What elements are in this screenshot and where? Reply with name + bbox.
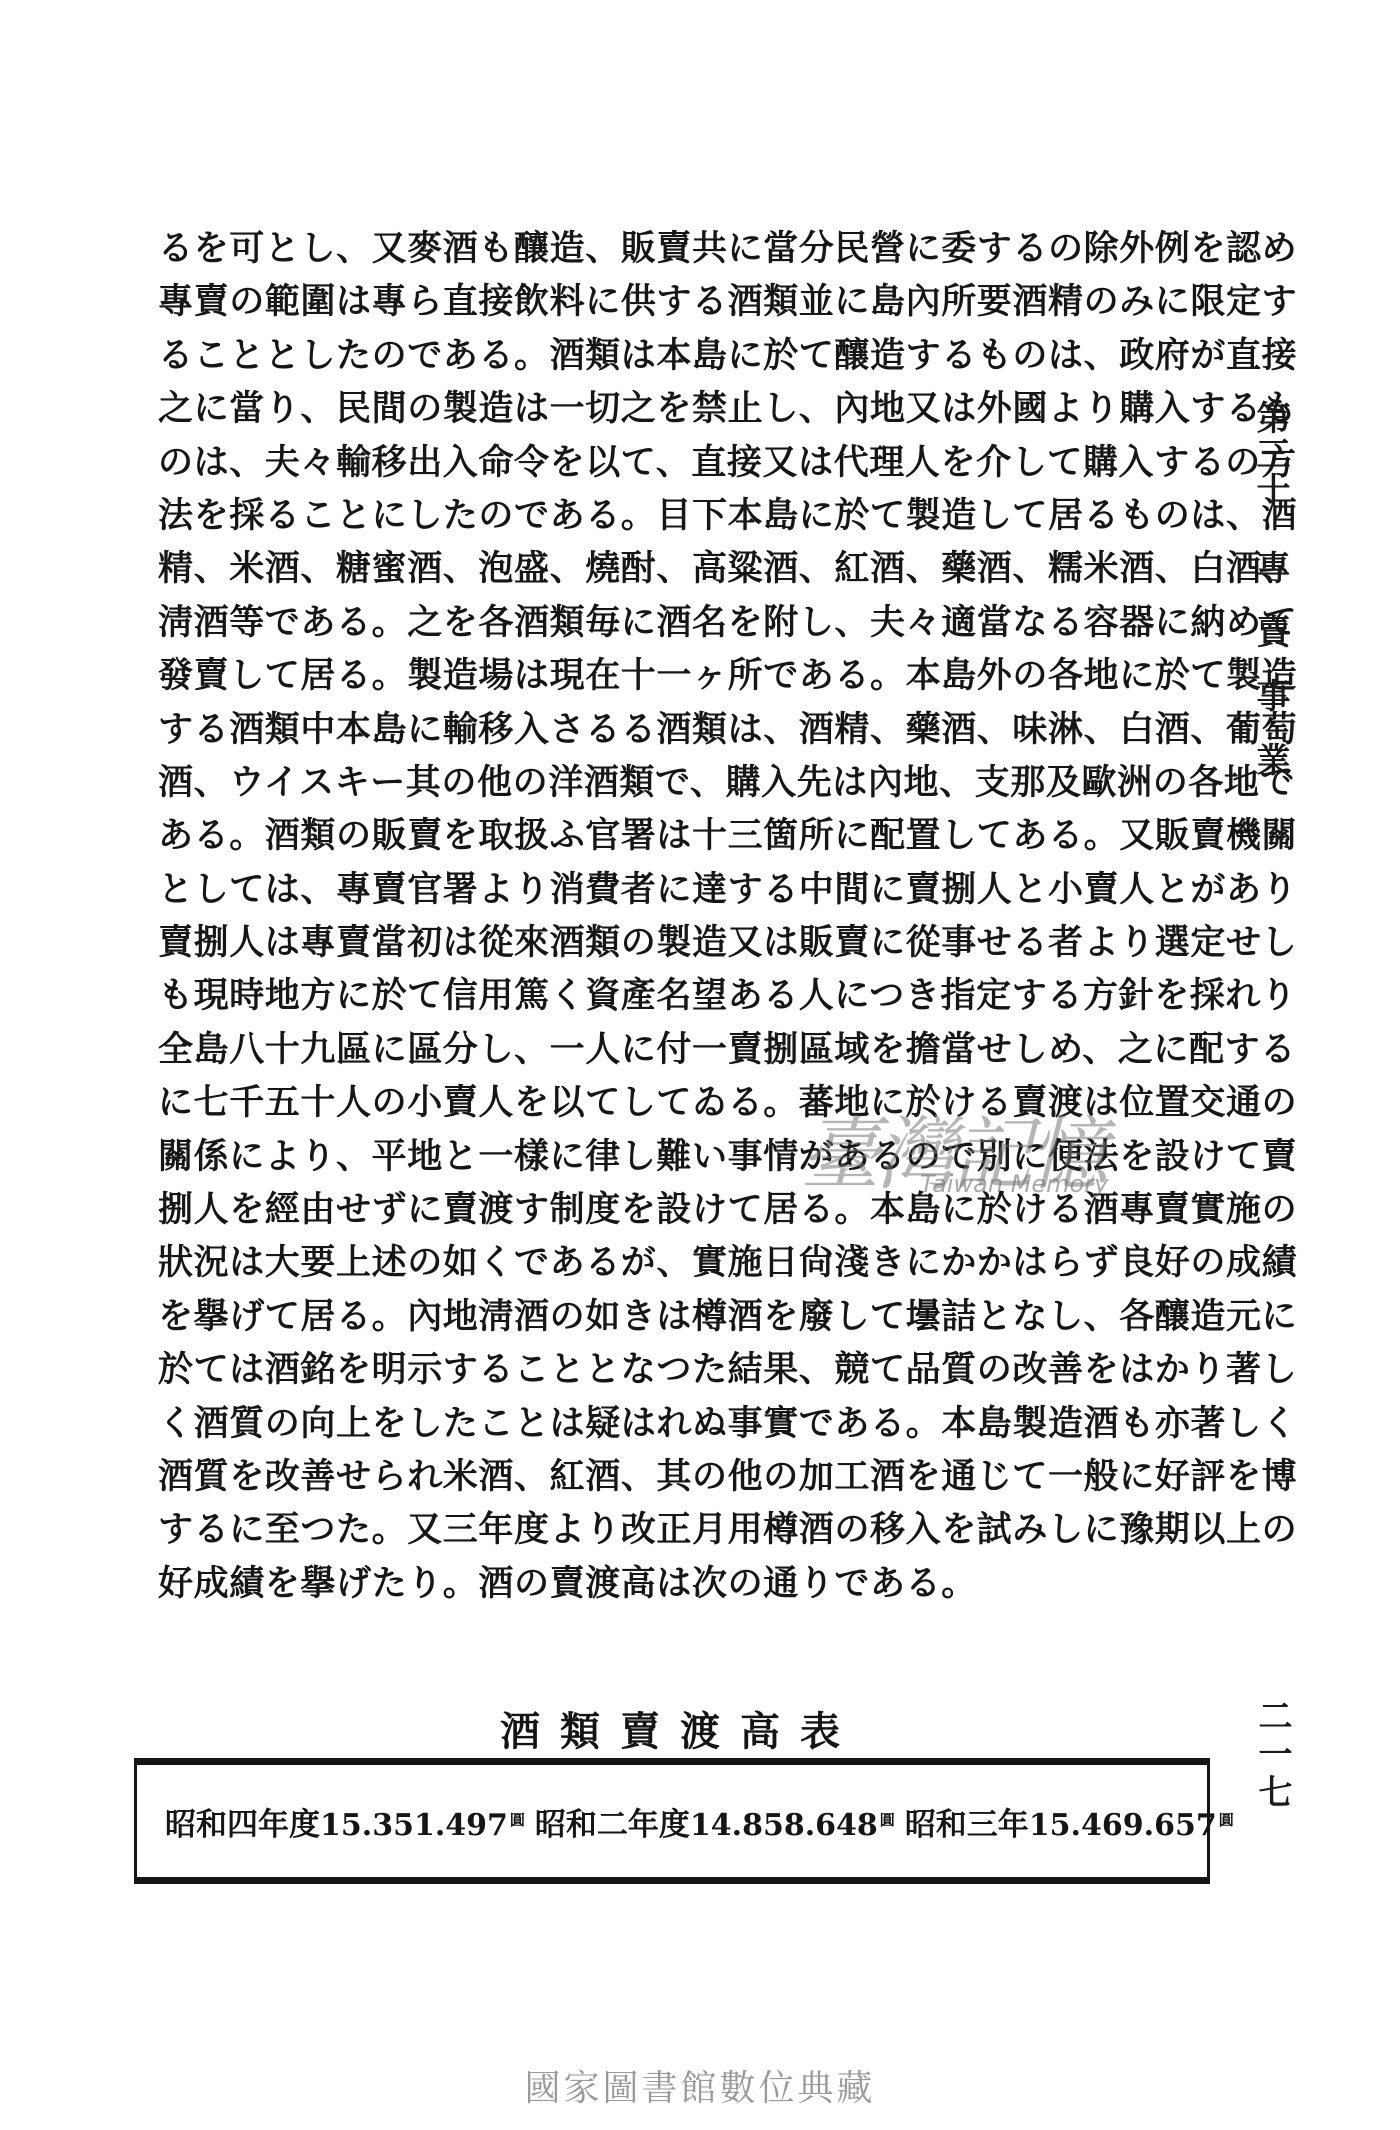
sales-amount: 15.351.497 [320,1808,508,1843]
currency-unit: 圓 [510,1809,525,1830]
text-line: のは、夫々輸移出入命令を以て、直接又は代理人を介して購入するの方 [158,436,1208,489]
table-title: 酒類賣渡高表 [0,1700,1360,1757]
text-line: 於ては酒銘を明示することとなつた結果、競て品質の改善をはかり著し [158,1343,1208,1396]
text-line: 全島八十九區に區分し、一人に付一賣捌區域を擔當せしめ、之に配する [158,1023,1208,1076]
fiscal-year: 昭和二年度 [535,1799,690,1844]
text-line: も現時地方に於て信用篤く資產名望ある人につき指定する方針を採れり [158,969,1208,1022]
text-line: 發賣して居る。製造場は現在十一ヶ所である。本島外の各地に於て製造 [158,649,1208,702]
running-head-chapter: 第三十 [1248,400,1292,520]
text-line: ある。酒類の販賣を取扱ふ官署は十三箇所に配置してある。又販賣機關 [158,809,1208,862]
fiscal-year: 昭和三年 [905,1799,1029,1844]
text-line: 酒、ウイスキー其の他の洋酒類で、購入先は內地、支那及歐洲の各地で [158,756,1208,809]
running-head: 第三十 專賣事業 [1248,400,1292,806]
currency-unit: 圓 [1219,1809,1234,1830]
text-line: としては、專賣官署より消費者に達する中間に賣捌人と小賣人とがあり [158,863,1208,916]
text-line: 酒質を改善せられ米酒、紅酒、其の他の加工酒を通じて一般に好評を博 [158,1450,1208,1503]
fiscal-year: 昭和四年度 [165,1799,320,1844]
text-line: するに至つた。又三年度より改正月用樽酒の移入を試みしに豫期以上の [158,1503,1208,1556]
book-page: るを可とし、又麥酒も釀造、販賣共に當分民營に委するの除外例を認め 專賣の範圍は專… [0,0,1400,2130]
text-line: 捌人を經由せずに賣渡す制度を設けて居る。本島に於ける酒專賣實施の [158,1183,1208,1236]
text-line: 關係により、平地と一樣に律し難い事情があるので別に便法を設けて賣 [158,1130,1208,1183]
sales-amount: 15.469.657 [1029,1808,1217,1843]
text-line: を擧げて居る。內地淸酒の如きは樽酒を廢して壜詰となし、各釀造元に [158,1290,1208,1343]
footer-credit: 國家圖書館數位典藏 [0,2060,1400,2111]
running-head-section: 專賣事業 [1248,550,1292,806]
text-line: 法を採ることにしたのである。目下本島に於て製造して居るものは、酒 [158,489,1208,542]
sales-cell-showa-2: 昭和二年度 14.858.648 圓 [535,1799,895,1844]
sales-row: 昭和四年度 15.351.497 圓 昭和二年度 14.858.648 圓 昭和… [165,1799,1244,1844]
sales-cell-showa-3: 昭和三年 15.469.657 圓 [905,1799,1234,1844]
sales-amount: 14.858.648 [690,1808,878,1843]
text-line: 淸酒等である。之を各酒類毎に酒名を附し、夫々適當なる容器に納めて [158,596,1208,649]
text-line: 好成績を擧げたり。酒の賣渡高は次の通りである。 [158,1557,1208,1610]
currency-unit: 圓 [880,1809,895,1830]
text-line: 狀況は大要上述の如くであるが、實施日尙淺きにかかはらず良好の成績 [158,1236,1208,1289]
text-line: ることとしたのである。酒類は本島に於て釀造するものは、政府が直接 [158,329,1208,382]
text-line: に七千五十人の小賣人を以てしてゐる。蕃地に於ける賣渡は位置交通の [158,1076,1208,1129]
text-line: する酒類中本島に輸移入さるる酒類は、酒精、藥酒、味淋、白酒、葡萄 [158,703,1208,756]
text-line: 精、米酒、糖蜜酒、泡盛、燒酎、高粱酒、紅酒、藥酒、糯米酒、白酒、 [158,542,1208,595]
text-line: るを可とし、又麥酒も釀造、販賣共に當分民營に委するの除外例を認め [158,222,1208,275]
text-line: 專賣の範圍は專ら直接飲料に供する酒類並に島內所要酒精のみに限定す [158,275,1208,328]
body-text: るを可とし、又麥酒も釀造、販賣共に當分民營に委するの除外例を認め 專賣の範圍は專… [158,222,1208,1610]
sales-table: 昭和四年度 15.351.497 圓 昭和二年度 14.858.648 圓 昭和… [134,1758,1210,1884]
text-line: 之に當り、民間の製造は一切之を禁止し、內地又は外國より購入するも [158,382,1208,435]
text-line: く酒質の向上をしたことは疑はれぬ事實である。本島製造酒も亦著しく [158,1397,1208,1450]
text-line: 賣捌人は專賣當初は從來酒類の製造又は販賣に從事せる者より選定せし [158,916,1208,969]
sales-cell-showa-4: 昭和四年度 15.351.497 圓 [165,1799,525,1844]
